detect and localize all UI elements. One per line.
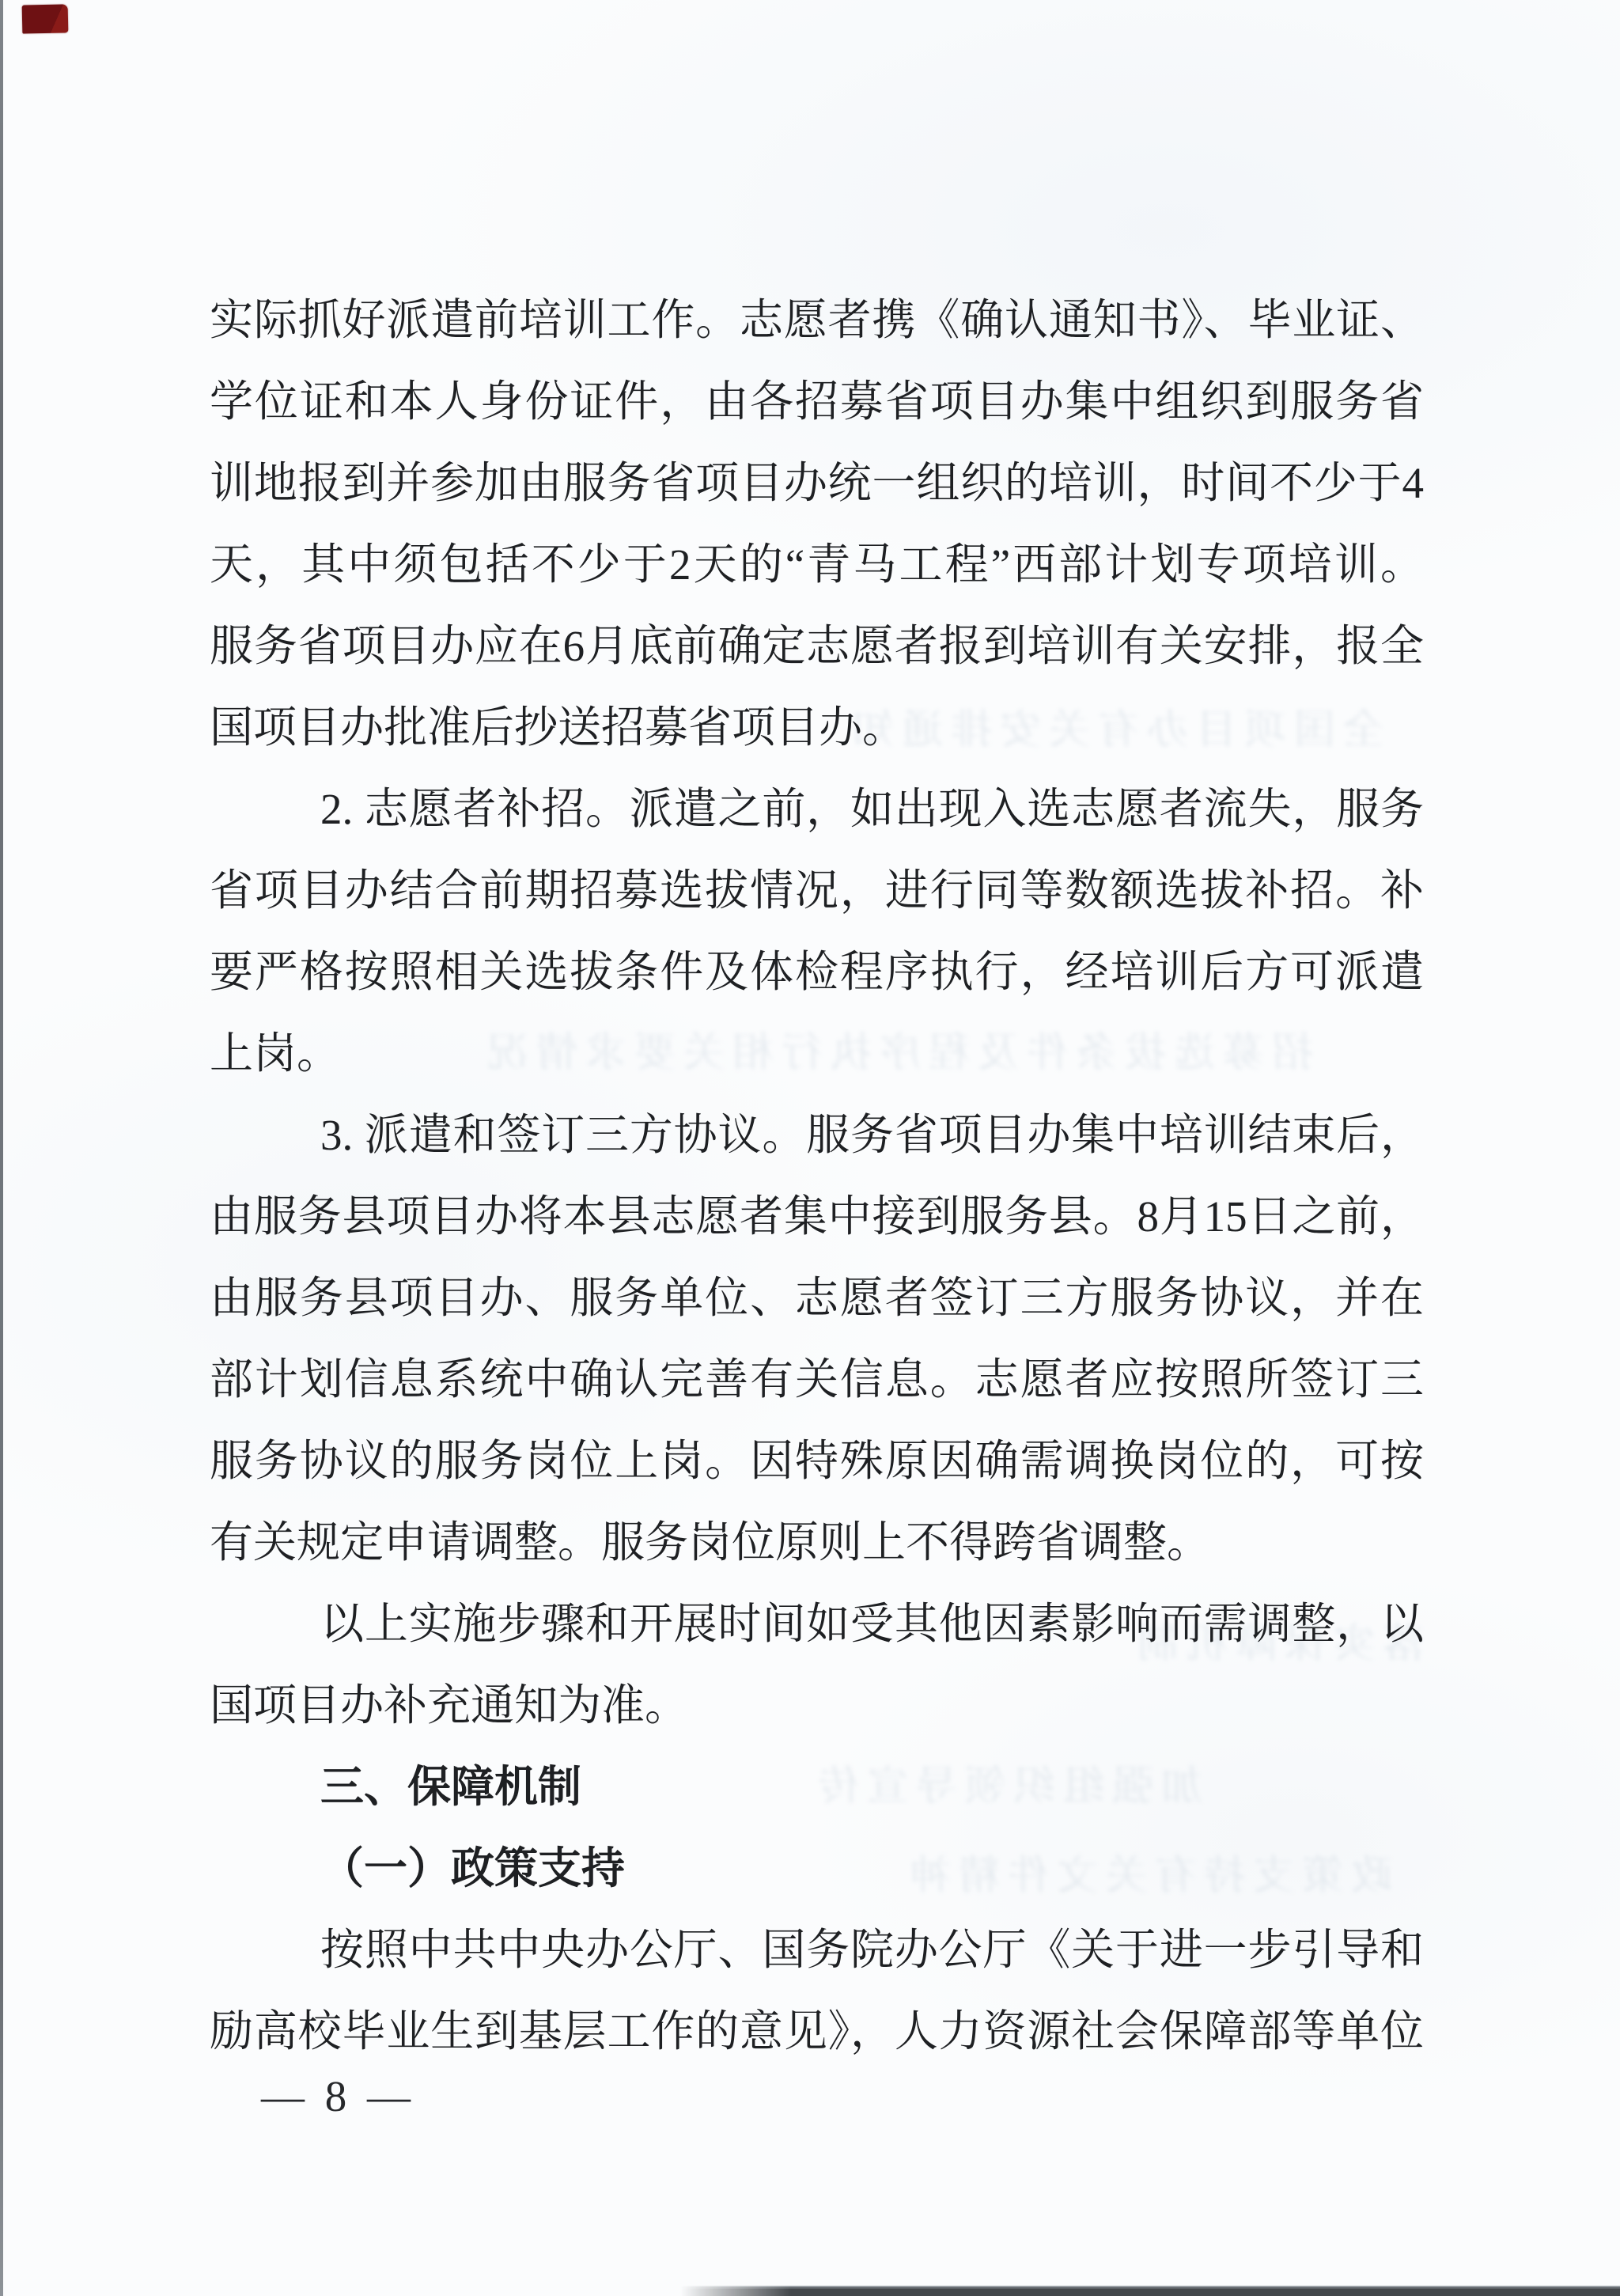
scan-bottom-shadow [680,2283,1620,2296]
text-line: 服务省项目办应在6月底前确定志愿者报到培训有关安排，报全 [210,605,1424,687]
text-line: 由服务县项目办、服务单位、志愿者签订三方服务协议，并在西 [210,1257,1424,1339]
text-line: 实际抓好派遣前培训工作。志愿者携《确认通知书》、毕业证、 [210,279,1424,361]
text-line: 以上实施步骤和开展时间如受其他因素影响而需调整，以全 [210,1583,1424,1665]
text-line: 励高校毕业生到基层工作的意见》，人力资源社会保障部等单位 [210,1991,1424,2072]
text-line: 上岗。 [210,1013,1424,1094]
text-column: 实际抓好派遣前培训工作。志愿者携《确认通知书》、毕业证、学位证和本人身份证件，由… [210,279,1424,2072]
text-line: 部计划信息系统中确认完善有关信息。志愿者应按照所签订三方 [210,1339,1424,1420]
text-line: 省项目办结合前期招募选拔情况，进行同等数额选拔补招。补招 [210,850,1424,931]
text-line: 三、保障机制 [210,1746,1424,1828]
text-line: 国项目办批准后抄送招募省项目办。 [210,687,1424,768]
text-line: 由服务县项目办将本县志愿者集中接到服务县。8月15日之前， [210,1176,1424,1257]
page-number: — 8 — [261,2067,415,2126]
text-line: 训地报到并参加由服务省项目办统一组织的培训，时间不少于4 [210,442,1424,524]
text-line: 按照中共中央办公厅、国务院办公厅《关于进一步引导和鼓 [210,1909,1424,1991]
red-stamp-mark [22,4,69,33]
text-line: 服务协议的服务岗位上岗。因特殊原因确需调换岗位的，可按照 [210,1420,1424,1502]
text-line: 有关规定申请调整。服务岗位原则上不得跨省调整。 [210,1502,1424,1583]
text-line: 学位证和本人身份证件，由各招募省项目办集中组织到服务省培 [210,361,1424,442]
text-line: （一）政策支持 [210,1828,1424,1909]
text-line: 2. 志愿者补招。派遣之前，如出现入选志愿者流失，服务 [210,768,1424,850]
document-page: 全国项目办有关安排通知 招募选拔条件及程序执行相关要求情况 落实保障机制 加强组… [0,0,1620,2296]
text-line: 天，其中须包括不少于2天的“青马工程”西部计划专项培训。 [210,524,1424,605]
text-line: 国项目办补充通知为准。 [210,1665,1424,1746]
scan-left-edge-line [0,0,3,2296]
text-line: 要严格按照相关选拔条件及体检程序执行，经培训后方可派遣 [210,931,1424,1013]
text-line: 3. 派遣和签订三方协议。服务省项目办集中培训结束后， [210,1094,1424,1176]
